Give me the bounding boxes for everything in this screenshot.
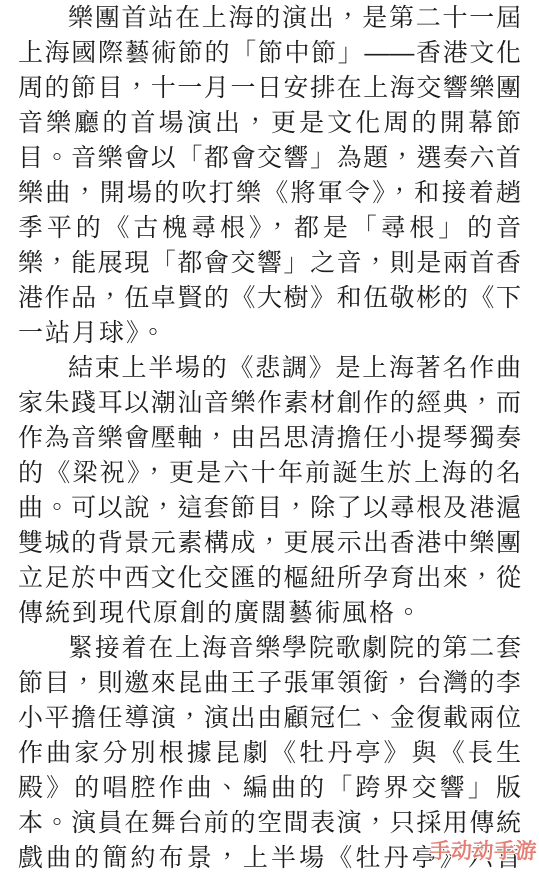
text-line: 上海國際藝術節的「節中節」——香港文化: [18, 36, 521, 71]
text-line: 的《梁祝》，更是六十年前誕生於上海的名: [18, 456, 521, 491]
watermark: 手动动手游: [430, 835, 538, 865]
text-line: 樂團首站在上海的演出，是第二十一屆: [18, 1, 521, 36]
text-line: 節目，則邀來昆曲王子張軍領銜，台灣的李: [18, 666, 521, 701]
text-line: 曲。可以說，這套節目，除了以尋根及港滬: [18, 491, 521, 526]
text-line: 季平的《古槐尋根》，都是「尋根」的音: [18, 211, 521, 246]
article-body: 樂團首站在上海的演出，是第二十一屆上海國際藝術節的「節中節」——香港文化周的節目…: [0, 0, 539, 874]
text-line: 音樂廳的首場演出，更是文化周的開幕節: [18, 106, 521, 141]
text-line: 作曲家分別根據昆劇《牡丹亭》與《長生: [18, 736, 521, 771]
text-line: 一站月球》。: [18, 316, 521, 351]
text-line: 立足於中西文化交匯的樞紐所孕育出來，從: [18, 561, 521, 596]
text-line: 緊接着在上海音樂學院歌劇院的第二套: [18, 631, 521, 666]
text-line: 家朱踐耳以潮汕音樂作素材創作的經典，而: [18, 386, 521, 421]
text-line: 目。音樂會以「都會交響」為題，選奏六首: [18, 141, 521, 176]
text-line: 周的節目，十一月一日安排在上海交響樂團: [18, 71, 521, 106]
text-line: 樂曲，開場的吹打樂《將軍令》，和接着趙: [18, 176, 521, 211]
text-line: 港作品，伍卓賢的《大樹》和伍敬彬的《下: [18, 281, 521, 316]
text-line: 結束上半場的《悲調》是上海著名作曲: [18, 351, 521, 386]
text-line: 樂，能展現「都會交響」之音，則是兩首香: [18, 246, 521, 281]
text-line: 傳統到現代原創的廣闊藝術風格。: [18, 596, 521, 631]
page: { "page": { "background_color": "#ffffff…: [0, 0, 539, 874]
text-line: 雙城的背景元素構成，更展示出香港中樂團: [18, 526, 521, 561]
text-line: 作為音樂會壓軸，由呂思清擔任小提琴獨奏: [18, 421, 521, 456]
text-line: 殿》的唱腔作曲、編曲的「跨界交響」版: [18, 771, 521, 806]
text-line: 小平擔任導演，演出由顧冠仁、金復載兩位: [18, 701, 521, 736]
